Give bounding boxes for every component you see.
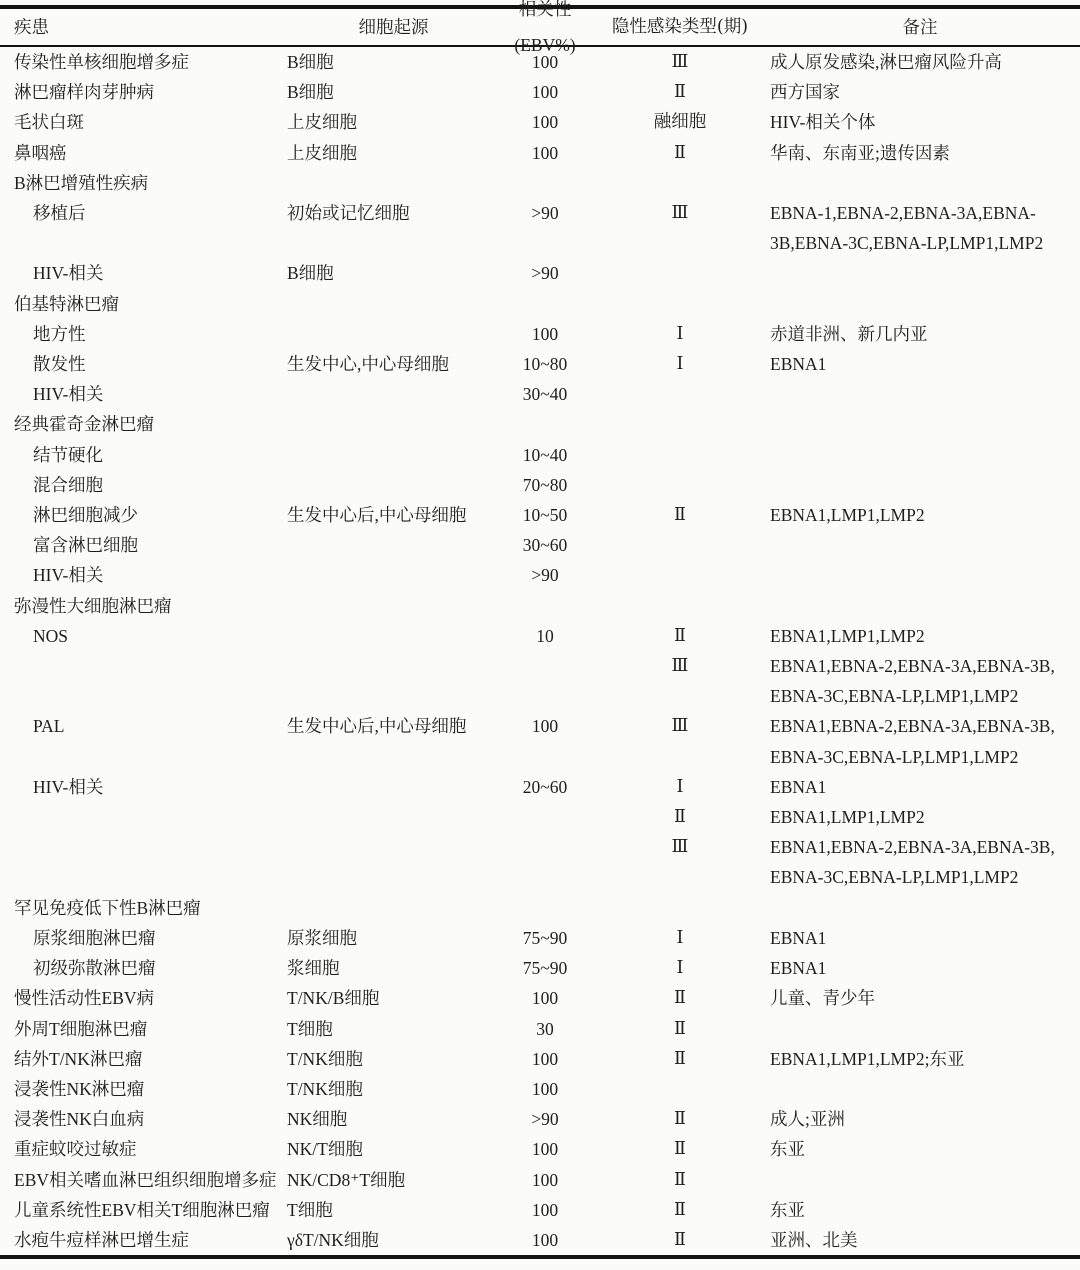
notes-cell: EBNA1,EBNA-2,EBNA-3A,EBNA-3B,EBNA-3C,EBN… <box>770 711 1080 771</box>
disease-cell: EBV相关嗜血淋巴组织细胞增多症 <box>0 1165 287 1195</box>
ebv-correlation-cell: 100 <box>500 47 590 77</box>
latency-type-cell: Ⅲ <box>590 651 770 681</box>
ebv-correlation-cell: 70~80 <box>500 470 590 500</box>
disease-cell: 移植后 <box>0 198 287 228</box>
note-line: EBNA1 <box>770 953 1070 983</box>
note-line: EBNA-1,EBNA-2,EBNA-3A,EBNA- <box>770 198 1070 228</box>
ebv-correlation-cell: 100 <box>500 1074 590 1104</box>
ebv-correlation-cell: 100 <box>500 1165 590 1195</box>
ebv-correlation-cell: 100 <box>500 1195 590 1225</box>
table-row: 富含淋巴细胞30~60 <box>0 530 1080 560</box>
latency-type-cell: Ⅱ <box>590 1195 770 1225</box>
table-row: PAL生发中心后,中心母细胞100ⅢEBNA1,EBNA-2,EBNA-3A,E… <box>0 711 1080 771</box>
table-row: 外周T细胞淋巴瘤T细胞30Ⅱ <box>0 1014 1080 1044</box>
note-line: 华南、东南亚;遗传因素 <box>770 138 1070 168</box>
notes-cell: 东亚 <box>770 1134 1080 1164</box>
cell-origin-cell: 浆细胞 <box>287 953 500 983</box>
latency-type-cell: Ⅱ <box>590 1014 770 1044</box>
latency-type-cell: Ⅰ <box>590 953 770 983</box>
disease-cell: 水疱牛痘样淋巴增生症 <box>0 1225 287 1255</box>
ebv-correlation-cell: 30~40 <box>500 379 590 409</box>
cell-origin-cell: 生发中心,中心母细胞 <box>287 349 500 379</box>
ebv-correlation-cell: 100 <box>500 711 590 741</box>
latency-type-cell: Ⅱ <box>590 1134 770 1164</box>
table-row: 传染性单核细胞增多症B细胞100Ⅲ成人原发感染,淋巴瘤风险升高 <box>0 47 1080 77</box>
table-row: 重症蚊咬过敏症NK/T细胞100Ⅱ东亚 <box>0 1134 1080 1164</box>
disease-cell: HIV-相关 <box>0 560 287 590</box>
note-line: EBNA1,LMP1,LMP2 <box>770 621 1070 651</box>
latency-type-cell: Ⅱ <box>590 138 770 168</box>
note-line: 3B,EBNA-3C,EBNA-LP,LMP1,LMP2 <box>770 228 1070 258</box>
note-line: 东亚 <box>770 1195 1070 1225</box>
scanned-table-page: 疾患 细胞起源 相关性(EBV%) 隐性感染类型(期) 备注 传染性单核细胞增多… <box>0 0 1080 1270</box>
table-row: 地方性100Ⅰ赤道非洲、新几内亚 <box>0 319 1080 349</box>
ebv-correlation-cell: 10 <box>500 621 590 651</box>
notes-cell: EBNA1 <box>770 349 1080 379</box>
ebv-correlation-cell: 30 <box>500 1014 590 1044</box>
ebv-correlation-cell: 20~60 <box>500 772 590 802</box>
notes-cell: 东亚 <box>770 1195 1080 1225</box>
cell-origin-cell: 上皮细胞 <box>287 138 500 168</box>
ebv-correlation-cell: >90 <box>500 258 590 288</box>
column-header-disease: 疾患 <box>0 9 287 45</box>
table-row: 毛状白斑上皮细胞100融细胞HIV-相关个体 <box>0 107 1080 137</box>
ebv-correlation-cell: >90 <box>500 198 590 228</box>
table-row: ⅡEBNA1,LMP1,LMP2 <box>0 802 1080 832</box>
ebv-correlation-cell: >90 <box>500 560 590 590</box>
notes-cell: HIV-相关个体 <box>770 107 1080 137</box>
table-row: EBV相关嗜血淋巴组织细胞增多症NK/CD8⁺T细胞100Ⅱ <box>0 1165 1080 1195</box>
table-row: 罕见免疫低下性B淋巴瘤 <box>0 893 1080 923</box>
table-row: 弥漫性大细胞淋巴瘤 <box>0 591 1080 621</box>
latency-type-cell: Ⅱ <box>590 1104 770 1134</box>
table-row: 浸袭性NK白血病NK细胞>90Ⅱ成人;亚洲 <box>0 1104 1080 1134</box>
latency-type-cell: Ⅱ <box>590 802 770 832</box>
table-row: 鼻咽癌上皮细胞100Ⅱ华南、东南亚;遗传因素 <box>0 138 1080 168</box>
cell-origin-cell: T细胞 <box>287 1014 500 1044</box>
table-row: 初级弥散淋巴瘤浆细胞75~90ⅠEBNA1 <box>0 953 1080 983</box>
disease-cell: 外周T细胞淋巴瘤 <box>0 1014 287 1044</box>
ebv-correlation-cell: 75~90 <box>500 923 590 953</box>
latency-type-cell: Ⅱ <box>590 1225 770 1255</box>
ebv-correlation-cell: 100 <box>500 77 590 107</box>
notes-cell: EBNA1 <box>770 772 1080 802</box>
disease-cell: 慢性活动性EBV病 <box>0 983 287 1013</box>
latency-type-cell: Ⅱ <box>590 1044 770 1074</box>
ebv-correlation-cell: 100 <box>500 138 590 168</box>
latency-type-cell: Ⅰ <box>590 772 770 802</box>
latency-type-cell: Ⅱ <box>590 1165 770 1195</box>
latency-type-cell: Ⅱ <box>590 983 770 1013</box>
note-line: EBNA1,EBNA-2,EBNA-3A,EBNA-3B, <box>770 711 1070 741</box>
disease-cell: 初级弥散淋巴瘤 <box>0 953 287 983</box>
notes-cell: EBNA1,LMP1,LMP2 <box>770 500 1080 530</box>
disease-cell: 伯基特淋巴瘤 <box>0 289 287 319</box>
disease-cell: HIV-相关 <box>0 258 287 288</box>
note-line: EBNA1 <box>770 349 1070 379</box>
note-line: HIV-相关个体 <box>770 107 1070 137</box>
cell-origin-cell: 原浆细胞 <box>287 923 500 953</box>
table-row: ⅢEBNA1,EBNA-2,EBNA-3A,EBNA-3B,EBNA-3C,EB… <box>0 832 1080 892</box>
note-line: 赤道非洲、新几内亚 <box>770 319 1070 349</box>
disease-cell: 浸袭性NK白血病 <box>0 1104 287 1134</box>
column-header-origin: 细胞起源 <box>287 9 500 45</box>
note-line: 儿童、青少年 <box>770 983 1070 1013</box>
ebv-correlation-cell: 100 <box>500 1225 590 1255</box>
ebv-correlation-cell: 100 <box>500 1044 590 1074</box>
cell-origin-cell: T细胞 <box>287 1195 500 1225</box>
notes-cell: EBNA1 <box>770 953 1080 983</box>
latency-type-cell: Ⅲ <box>590 47 770 77</box>
note-line: EBNA-3C,EBNA-LP,LMP1,LMP2 <box>770 681 1070 711</box>
table-row: HIV-相关30~40 <box>0 379 1080 409</box>
disease-cell: 混合细胞 <box>0 470 287 500</box>
disease-cell: 原浆细胞淋巴瘤 <box>0 923 287 953</box>
note-line: 成人;亚洲 <box>770 1104 1070 1134</box>
table-row: 浸袭性NK淋巴瘤T/NK细胞100 <box>0 1074 1080 1104</box>
cell-origin-cell: 生发中心后,中心母细胞 <box>287 711 500 741</box>
latency-type-cell: Ⅲ <box>590 832 770 862</box>
cell-origin-cell: 上皮细胞 <box>287 107 500 137</box>
disease-cell: 弥漫性大细胞淋巴瘤 <box>0 591 287 621</box>
note-line: EBNA1,LMP1,LMP2 <box>770 500 1070 530</box>
table-row: 移植后初始或记忆细胞>90ⅢEBNA-1,EBNA-2,EBNA-3A,EBNA… <box>0 198 1080 258</box>
disease-cell: 经典霍奇金淋巴瘤 <box>0 409 287 439</box>
table-row: HIV-相关20~60ⅠEBNA1 <box>0 772 1080 802</box>
disease-cell: B淋巴增殖性疾病 <box>0 168 287 198</box>
cell-origin-cell: γδT/NK细胞 <box>287 1225 500 1255</box>
cell-origin-cell: T/NK细胞 <box>287 1044 500 1074</box>
table-row: 结外T/NK淋巴瘤T/NK细胞100ⅡEBNA1,LMP1,LMP2;东亚 <box>0 1044 1080 1074</box>
disease-cell: 淋巴细胞减少 <box>0 500 287 530</box>
table-row: 原浆细胞淋巴瘤原浆细胞75~90ⅠEBNA1 <box>0 923 1080 953</box>
note-line: EBNA1 <box>770 923 1070 953</box>
note-line: EBNA-3C,EBNA-LP,LMP1,LMP2 <box>770 862 1070 892</box>
notes-cell: EBNA1,LMP1,LMP2 <box>770 621 1080 651</box>
table-row: HIV-相关B细胞>90 <box>0 258 1080 288</box>
note-line: EBNA1,EBNA-2,EBNA-3A,EBNA-3B, <box>770 832 1070 862</box>
ebv-correlation-cell: 30~60 <box>500 530 590 560</box>
latency-type-cell: 融细胞 <box>590 107 770 137</box>
disease-cell: PAL <box>0 711 287 741</box>
table-row: B淋巴增殖性疾病 <box>0 168 1080 198</box>
cell-origin-cell: 生发中心后,中心母细胞 <box>287 500 500 530</box>
disease-cell: 浸袭性NK淋巴瘤 <box>0 1074 287 1104</box>
notes-cell: 华南、东南亚;遗传因素 <box>770 138 1080 168</box>
disease-cell: 富含淋巴细胞 <box>0 530 287 560</box>
cell-origin-cell: NK/T细胞 <box>287 1134 500 1164</box>
note-line: 东亚 <box>770 1134 1070 1164</box>
table-row: ⅢEBNA1,EBNA-2,EBNA-3A,EBNA-3B,EBNA-3C,EB… <box>0 651 1080 711</box>
disease-cell: HIV-相关 <box>0 772 287 802</box>
ebv-correlation-cell: 75~90 <box>500 953 590 983</box>
note-line: EBNA1,EBNA-2,EBNA-3A,EBNA-3B, <box>770 651 1070 681</box>
disease-cell: 重症蚊咬过敏症 <box>0 1134 287 1164</box>
column-header-latency: 隐性感染类型(期) <box>590 9 770 45</box>
table-row: 水疱牛痘样淋巴增生症γδT/NK细胞100Ⅱ亚洲、北美 <box>0 1225 1080 1255</box>
notes-cell: 儿童、青少年 <box>770 983 1080 1013</box>
notes-cell: EBNA1,EBNA-2,EBNA-3A,EBNA-3B,EBNA-3C,EBN… <box>770 832 1080 892</box>
note-line: EBNA1 <box>770 772 1070 802</box>
ebv-correlation-cell: 100 <box>500 319 590 349</box>
cell-origin-cell: B细胞 <box>287 258 500 288</box>
table-row: NOS10ⅡEBNA1,LMP1,LMP2 <box>0 621 1080 651</box>
notes-cell: EBNA1,LMP1,LMP2;东亚 <box>770 1044 1080 1074</box>
latency-type-cell: Ⅰ <box>590 923 770 953</box>
column-header-notes: 备注 <box>770 9 1080 45</box>
ebv-correlation-cell: 10~80 <box>500 349 590 379</box>
table-row: 淋巴细胞减少生发中心后,中心母细胞10~50ⅡEBNA1,LMP1,LMP2 <box>0 500 1080 530</box>
cell-origin-cell: 初始或记忆细胞 <box>287 198 500 228</box>
latency-type-cell: Ⅱ <box>590 77 770 107</box>
note-line: 西方国家 <box>770 77 1070 107</box>
notes-cell: EBNA-1,EBNA-2,EBNA-3A,EBNA-3B,EBNA-3C,EB… <box>770 198 1080 258</box>
cell-origin-cell: NK/CD8⁺T细胞 <box>287 1165 500 1195</box>
table-row: 混合细胞70~80 <box>0 470 1080 500</box>
table-row: HIV-相关>90 <box>0 560 1080 590</box>
note-line: 成人原发感染,淋巴瘤风险升高 <box>770 47 1070 77</box>
cell-origin-cell: B细胞 <box>287 77 500 107</box>
latency-type-cell: Ⅱ <box>590 621 770 651</box>
notes-cell: 赤道非洲、新几内亚 <box>770 319 1080 349</box>
latency-type-cell: Ⅰ <box>590 319 770 349</box>
ebv-correlation-cell: 100 <box>500 983 590 1013</box>
notes-cell: EBNA1,EBNA-2,EBNA-3A,EBNA-3B,EBNA-3C,EBN… <box>770 651 1080 711</box>
notes-cell: 成人原发感染,淋巴瘤风险升高 <box>770 47 1080 77</box>
disease-cell: 鼻咽癌 <box>0 138 287 168</box>
latency-type-cell: Ⅱ <box>590 500 770 530</box>
disease-cell: 散发性 <box>0 349 287 379</box>
table-bottom-border <box>0 1255 1080 1259</box>
latency-type-cell: Ⅰ <box>590 349 770 379</box>
cell-origin-cell: T/NK细胞 <box>287 1074 500 1104</box>
ebv-correlation-cell: 100 <box>500 107 590 137</box>
disease-cell: 结外T/NK淋巴瘤 <box>0 1044 287 1074</box>
cell-origin-cell: T/NK/B细胞 <box>287 983 500 1013</box>
disease-cell: 毛状白斑 <box>0 107 287 137</box>
table-row: 结节硬化10~40 <box>0 440 1080 470</box>
notes-cell: 成人;亚洲 <box>770 1104 1080 1134</box>
notes-cell: 西方国家 <box>770 77 1080 107</box>
ebv-correlation-cell: 10~40 <box>500 440 590 470</box>
disease-cell: 儿童系统性EBV相关T细胞淋巴瘤 <box>0 1195 287 1225</box>
disease-cell: 淋巴瘤样肉芽肿病 <box>0 77 287 107</box>
table-row: 慢性活动性EBV病T/NK/B细胞100Ⅱ儿童、青少年 <box>0 983 1080 1013</box>
table-header-row: 疾患 细胞起源 相关性(EBV%) 隐性感染类型(期) 备注 <box>0 9 1080 45</box>
note-line: EBNA1,LMP1,LMP2;东亚 <box>770 1044 1070 1074</box>
ebv-correlation-cell: >90 <box>500 1104 590 1134</box>
disease-cell: HIV-相关 <box>0 379 287 409</box>
ebv-correlation-cell: 100 <box>500 1134 590 1164</box>
table-row: 儿童系统性EBV相关T细胞淋巴瘤T细胞100Ⅱ东亚 <box>0 1195 1080 1225</box>
table-row: 经典霍奇金淋巴瘤 <box>0 409 1080 439</box>
latency-type-cell: Ⅲ <box>590 198 770 228</box>
notes-cell: EBNA1,LMP1,LMP2 <box>770 802 1080 832</box>
disease-cell: 罕见免疫低下性B淋巴瘤 <box>0 893 287 923</box>
ebv-correlation-cell: 10~50 <box>500 500 590 530</box>
notes-cell: EBNA1 <box>770 923 1080 953</box>
table-row: 淋巴瘤样肉芽肿病B细胞100Ⅱ西方国家 <box>0 77 1080 107</box>
cell-origin-cell: NK细胞 <box>287 1104 500 1134</box>
note-line: EBNA1,LMP1,LMP2 <box>770 802 1070 832</box>
note-line: 亚洲、北美 <box>770 1225 1070 1255</box>
disease-cell: 地方性 <box>0 319 287 349</box>
disease-cell: NOS <box>0 621 287 651</box>
table-body: 传染性单核细胞增多症B细胞100Ⅲ成人原发感染,淋巴瘤风险升高淋巴瘤样肉芽肿病B… <box>0 47 1080 1255</box>
table-row: 散发性生发中心,中心母细胞10~80ⅠEBNA1 <box>0 349 1080 379</box>
notes-cell: 亚洲、北美 <box>770 1225 1080 1255</box>
note-line: EBNA-3C,EBNA-LP,LMP1,LMP2 <box>770 742 1070 772</box>
latency-type-cell: Ⅲ <box>590 711 770 741</box>
disease-cell: 结节硬化 <box>0 440 287 470</box>
disease-cell: 传染性单核细胞增多症 <box>0 47 287 77</box>
table-row: 伯基特淋巴瘤 <box>0 289 1080 319</box>
cell-origin-cell: B细胞 <box>287 47 500 77</box>
